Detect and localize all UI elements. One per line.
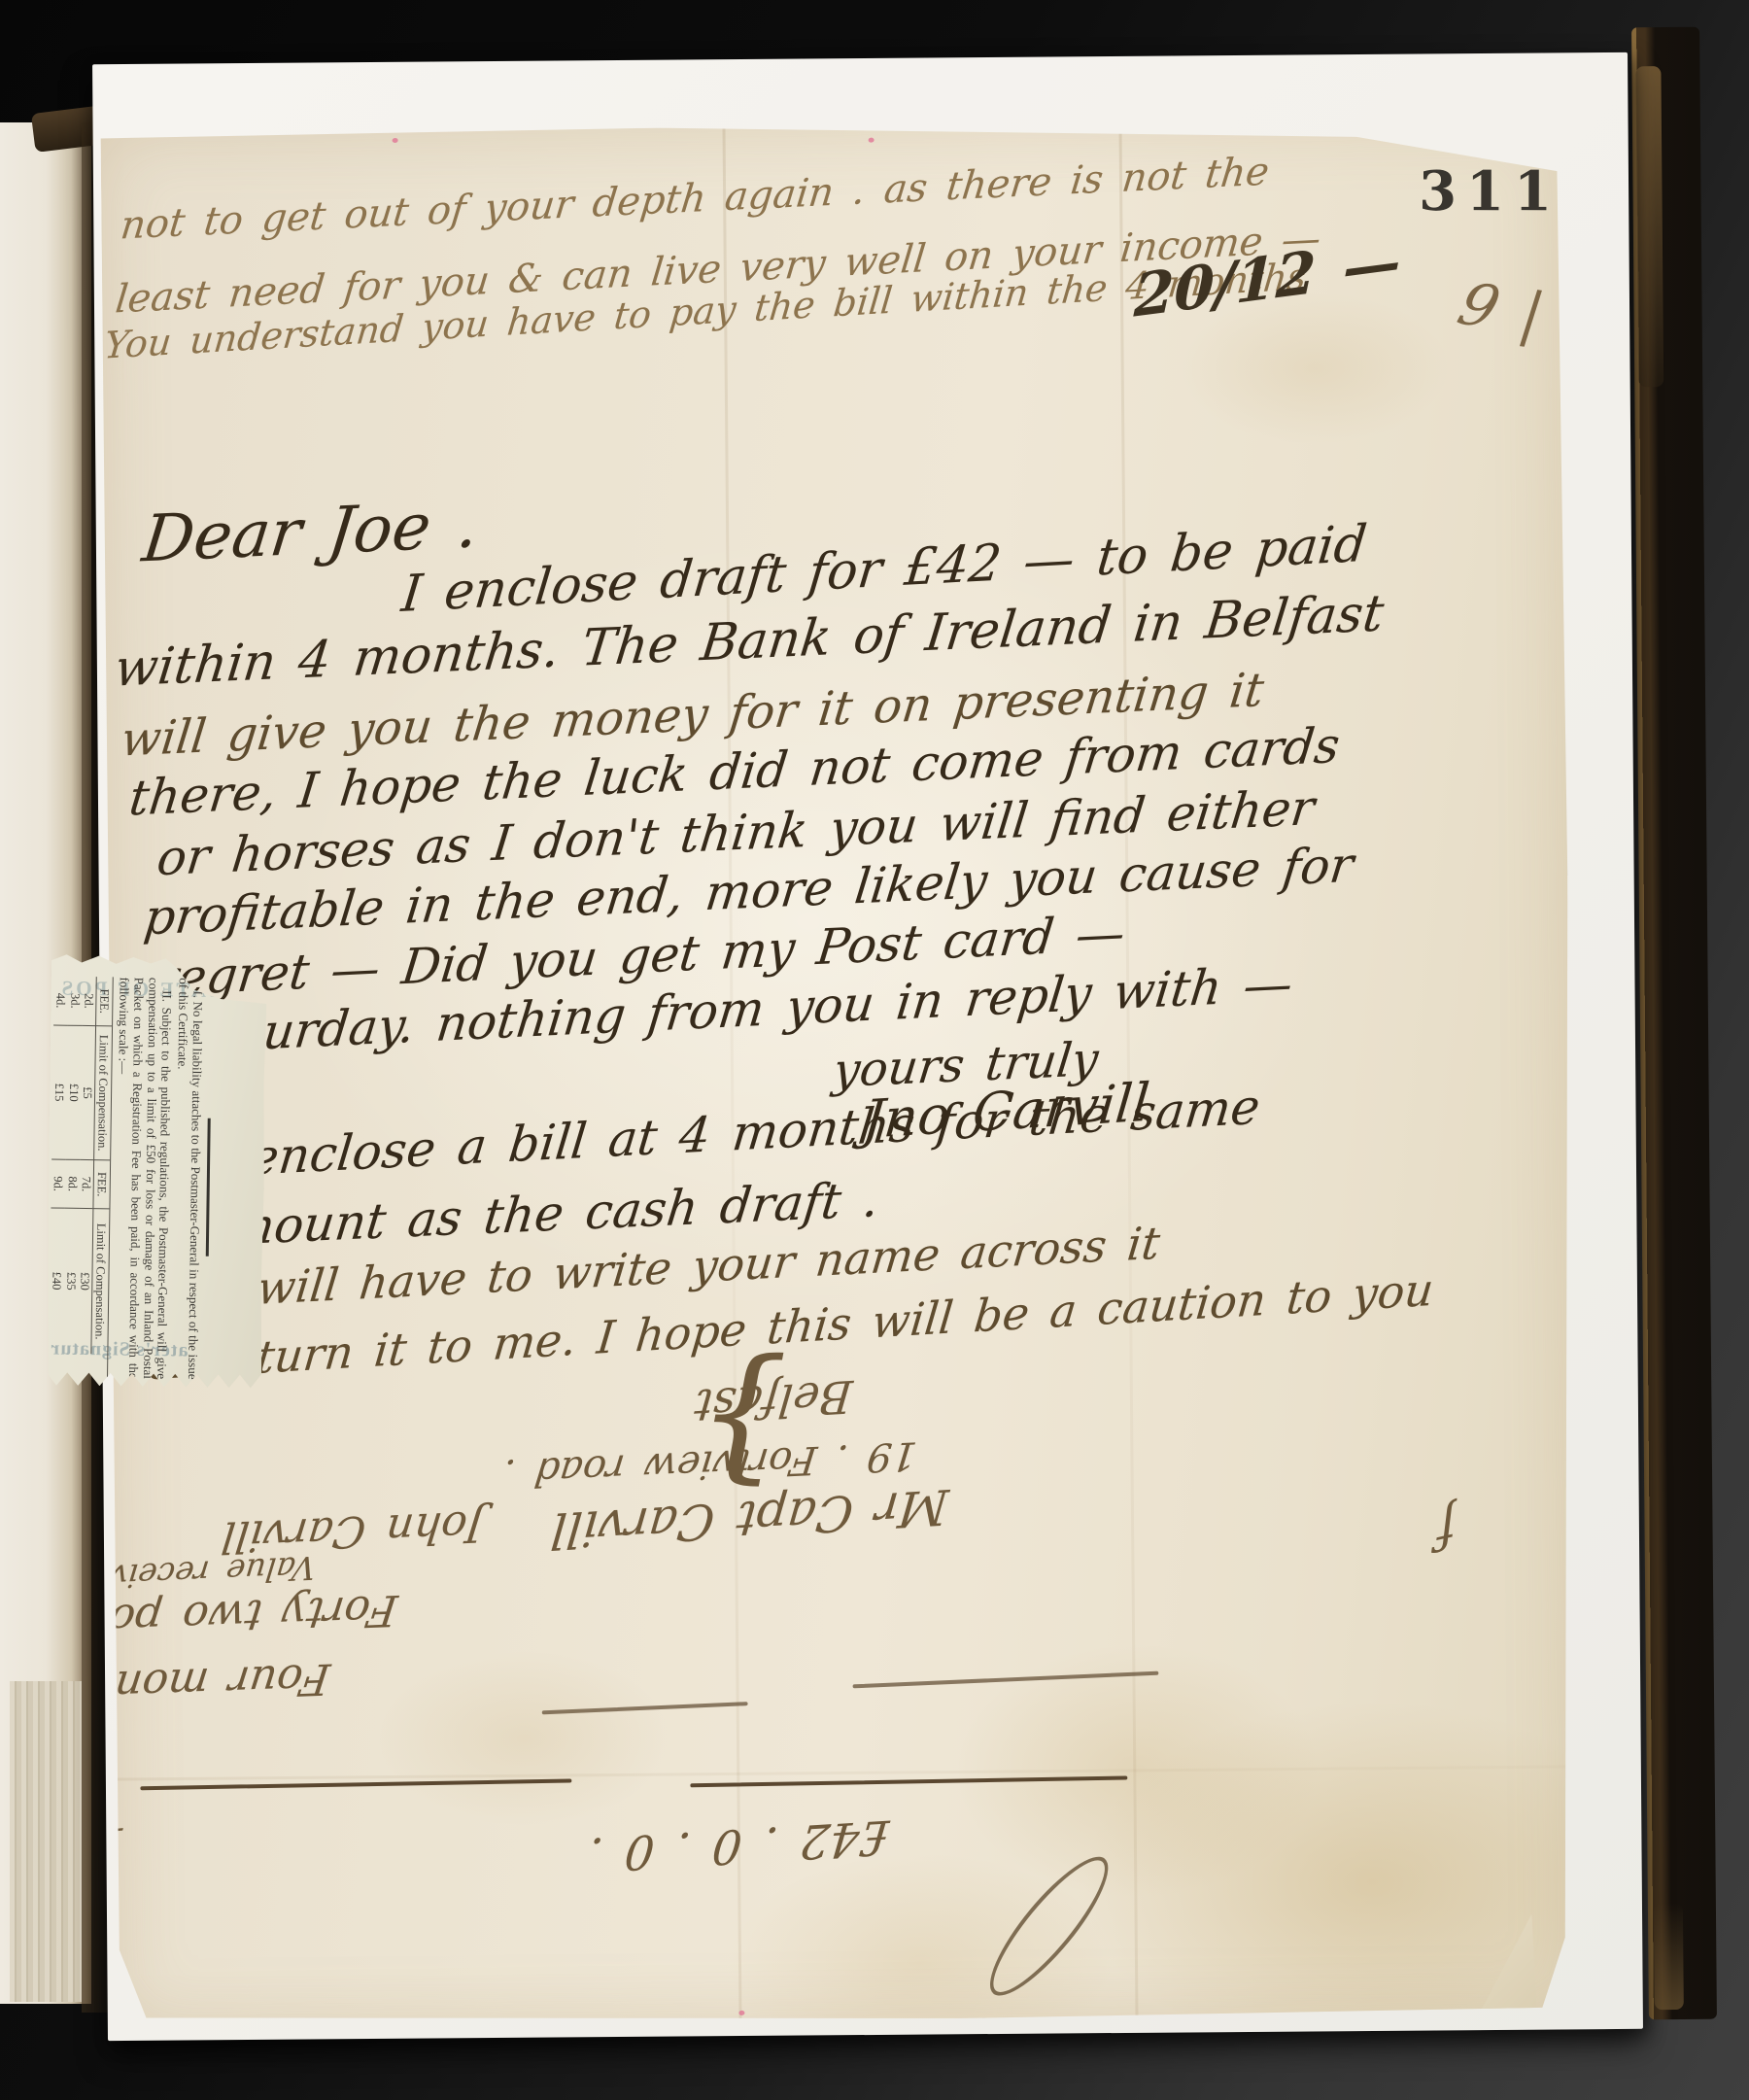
- folio-number-stamp: 311: [1419, 159, 1561, 224]
- fee-cell: 2d.: [82, 977, 96, 1025]
- ink-loop-flourish: [974, 1842, 1124, 2010]
- side-mark-annotation: 9 |: [1452, 275, 1551, 343]
- stub-clause-2: II. Subject to the published regulations…: [111, 977, 174, 1379]
- fee-cell: 4d.: [53, 977, 68, 1025]
- paper-crease: [115, 1765, 1575, 1780]
- handwritten-letter-sheet: 311 not to get out of your depth again .…: [101, 120, 1578, 2025]
- salutation: Dear Joe .: [139, 493, 481, 571]
- fee-cell: £30: [77, 1208, 92, 1354]
- fee-cell: £15: [51, 1025, 67, 1159]
- book-cover-edge: [1631, 27, 1717, 2020]
- paraph-flourish: f: [1436, 1500, 1457, 1556]
- bill-amount-figures: £42 . 0 . 0 .: [586, 1812, 891, 1877]
- fee-cell: £10: [66, 1025, 82, 1159]
- posting-certificate-stub: TIFICATE OF POS ater's Signatur I. No le…: [46, 950, 267, 1388]
- bill-payee-name: Mr Capt Carvill: [549, 1482, 950, 1555]
- ink-rule-left: [140, 1778, 571, 1790]
- stub-rotated-content: I. No legal liability attaches to the Po…: [46, 950, 267, 1388]
- folded-corner: [1479, 1914, 1552, 2014]
- fee-table-header: FEE.: [92, 1159, 110, 1208]
- fee-table-header: FEE.: [95, 977, 113, 1025]
- fee-cell: 8d.: [65, 1159, 80, 1208]
- fee-cell: £40: [49, 1207, 64, 1353]
- stub-clause-1: I. No legal liability attaches to the Po…: [170, 978, 204, 1379]
- bill-signature: John Carvill: [220, 1503, 487, 1558]
- bill-underline-stroke: [542, 1702, 748, 1714]
- pink-speck: [393, 138, 398, 143]
- bill-underline-stroke: [853, 1671, 1159, 1689]
- fee-table-header: Limit of Compensation.: [90, 1208, 109, 1354]
- fee-cell: 3d.: [67, 977, 82, 1025]
- pink-speck: [869, 138, 874, 143]
- pink-speck: [738, 2011, 744, 2015]
- stacked-page-edges: [10, 1681, 82, 2002]
- bill-payee-city: Belfast: [693, 1374, 854, 1429]
- fee-cell: 7d.: [79, 1159, 93, 1208]
- paper-crease: [1118, 123, 1138, 2016]
- ink-rule-right: [690, 1775, 1127, 1787]
- stub-divider-rule: [206, 1119, 211, 1257]
- fee-cell: £5: [80, 1025, 95, 1159]
- paper-crease: [723, 127, 742, 2020]
- fee-table-header: Limit of Compensation.: [93, 1025, 112, 1159]
- compensation-fee-table: FEE. Limit of Compensation. FEE. Limit o…: [49, 977, 114, 1379]
- fee-cell: 9d.: [51, 1158, 66, 1207]
- fee-cell: £35: [63, 1208, 79, 1354]
- photograph-scene: 311 not to get out of your depth again .…: [0, 0, 1749, 2100]
